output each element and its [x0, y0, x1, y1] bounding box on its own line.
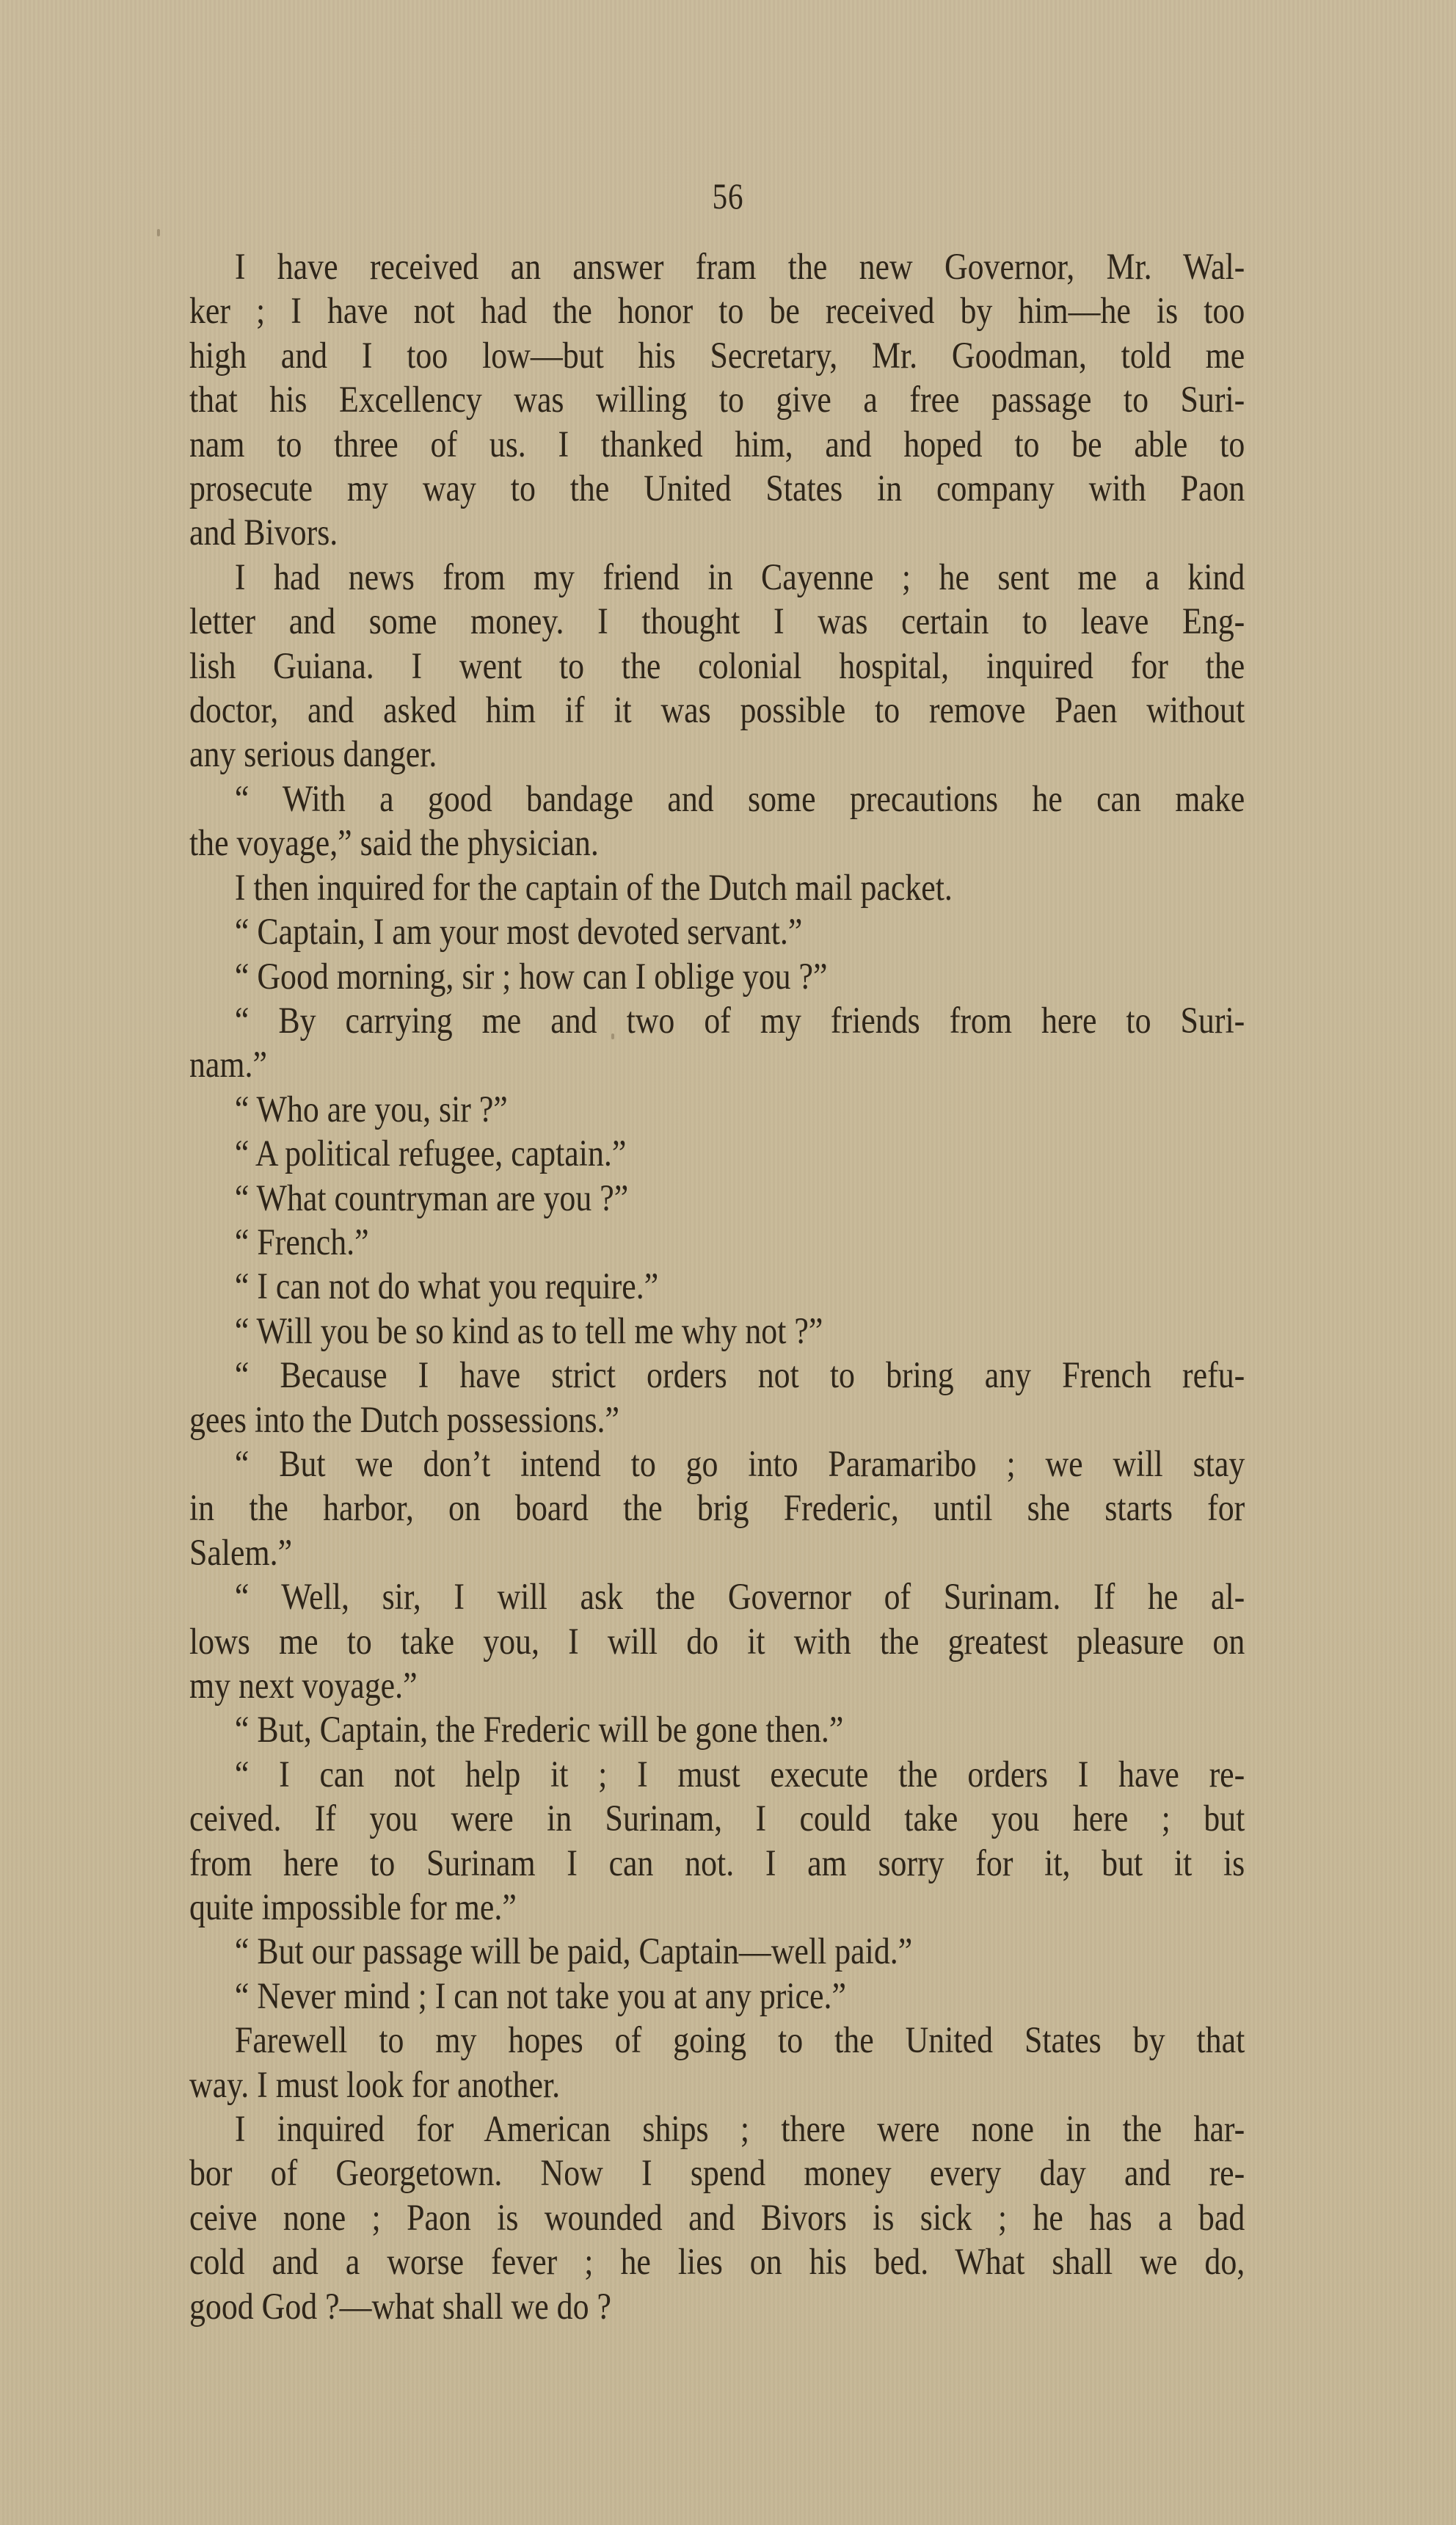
- text-line: my next voyage.”: [189, 1664, 1245, 1708]
- text-line: nam to three of us. I thanked him, and h…: [189, 423, 1245, 467]
- text-line: any serious danger.: [189, 733, 1245, 777]
- text-line: I have received an answer fram the new G…: [189, 245, 1245, 289]
- text-line: letter and some money. I thought I was c…: [189, 600, 1245, 644]
- text-line: “ By carrying me and two of my friends f…: [189, 999, 1245, 1043]
- text-line: “ Well, sir, I will ask the Governor of …: [189, 1575, 1245, 1619]
- text-line: cold and a worse fever ; he lies on his …: [189, 2240, 1245, 2284]
- text-line: doctor, and asked him if it was possible…: [189, 689, 1245, 733]
- page-number: 56: [131, 175, 1325, 217]
- text-line: “ Never mind ; I can not take you at any…: [189, 1974, 1245, 2019]
- text-line: “ With a good bandage and some precautio…: [189, 777, 1245, 821]
- text-line: I had news from my friend in Cayenne ; h…: [189, 556, 1245, 600]
- text-line: “ Good morning, sir ; how can I oblige y…: [189, 955, 1245, 999]
- text-line: I then inquired for the captain of the D…: [189, 866, 1245, 910]
- text-line: ceive none ; Paon is wounded and Bivors …: [189, 2196, 1245, 2240]
- text-line: lows me to take you, I will do it with t…: [189, 1620, 1245, 1664]
- text-line: “ Captain, I am your most devoted servan…: [189, 910, 1245, 954]
- text-line: good God ?—what shall we do ?: [189, 2285, 1245, 2329]
- text-line: in the harbor, on board the brig Frederi…: [189, 1486, 1245, 1530]
- text-line: “ Will you be so kind as to tell me why …: [189, 1309, 1245, 1354]
- text-line: “ What countryman are you ?”: [189, 1177, 1245, 1221]
- text-line: that his Excellency was willing to give …: [189, 378, 1245, 422]
- text-line: prosecute my way to the United States in…: [189, 467, 1245, 511]
- text-line: “ But, Captain, the Frederic will be gon…: [189, 1708, 1245, 1752]
- text-line: lish Guiana. I went to the colonial hosp…: [189, 644, 1245, 689]
- text-line: the voyage,” said the physician.: [189, 821, 1245, 865]
- text-line: gees into the Dutch possessions.”: [189, 1398, 1245, 1442]
- body-text: I have received an answer fram the new G…: [189, 245, 1245, 2329]
- text-line: quite impossible for me.”: [189, 1886, 1245, 1930]
- text-line: from here to Surinam I can not. I am sor…: [189, 1842, 1245, 1886]
- text-line: “ But our passage will be paid, Captain—…: [189, 1930, 1245, 1974]
- text-line: Salem.”: [189, 1531, 1245, 1575]
- text-line: “ But we don’t intend to go into Paramar…: [189, 1442, 1245, 1486]
- text-line: “ Who are you, sir ?”: [189, 1088, 1245, 1132]
- text-line: “ French.”: [189, 1221, 1245, 1265]
- text-line: “ I can not help it ; I must execute the…: [189, 1753, 1245, 1797]
- text-line: ker ; I have not had the honor to be rec…: [189, 289, 1245, 333]
- text-line: Farewell to my hopes of going to the Uni…: [189, 2019, 1245, 2063]
- text-line: ceived. If you were in Surinam, I could …: [189, 1797, 1245, 1841]
- text-line: bor of Georgetown. Now I spend money eve…: [189, 2151, 1245, 2195]
- ink-speck: [157, 229, 160, 236]
- text-line: “ Because I have strict orders not to br…: [189, 1354, 1245, 1398]
- text-line: I inquired for American ships ; there we…: [189, 2107, 1245, 2151]
- book-page: 56 I have received an answer fram the ne…: [0, 0, 1456, 2525]
- text-line: high and I too low—but his Secretary, Mr…: [189, 334, 1245, 378]
- text-line: nam.”: [189, 1043, 1245, 1087]
- text-line: “ A political refugee, captain.”: [189, 1132, 1245, 1176]
- text-line: way. I must look for another.: [189, 2063, 1245, 2107]
- text-line: and Bivors.: [189, 511, 1245, 555]
- text-line: “ I can not do what you require.”: [189, 1265, 1245, 1309]
